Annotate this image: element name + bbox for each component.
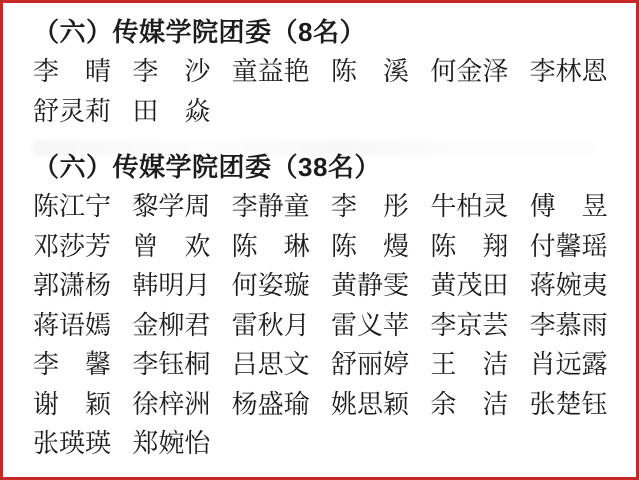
name-item: 金柳君	[132, 306, 231, 346]
section-heading-38: （六）传媒学院团委（38名）	[33, 147, 629, 187]
name-item: 黄静雯	[331, 266, 430, 306]
name-item: 付馨瑶	[530, 227, 629, 267]
name-item: 杨盛瑜	[232, 385, 331, 425]
name-item: 李林恩	[530, 52, 629, 92]
name-item: 蒋婉夷	[530, 266, 629, 306]
name-item: 舒丽婷	[331, 345, 430, 385]
name-item: 邓莎芳	[33, 227, 132, 267]
name-item: 李 沙	[132, 52, 231, 92]
name-item: 郭潇杨	[33, 266, 132, 306]
name-item: 余 洁	[430, 385, 529, 425]
name-item: 何金泽	[430, 52, 529, 92]
name-item: 肖远露	[530, 345, 629, 385]
name-item: 傅 昱	[530, 187, 629, 227]
name-item: 李钰桐	[132, 345, 231, 385]
name-item: 韩明月	[132, 266, 231, 306]
name-item: 张瑛瑛	[33, 424, 132, 464]
name-item: 舒灵莉	[33, 92, 132, 132]
name-item: 黄茂田	[430, 266, 529, 306]
name-item: 李静童	[232, 187, 331, 227]
name-item: 陈 琳	[232, 227, 331, 267]
name-item: 牛柏灵	[430, 187, 529, 227]
name-item: 张楚钰	[530, 385, 629, 425]
name-item: 李慕雨	[530, 306, 629, 346]
name-item: 雷秋月	[232, 306, 331, 346]
name-item: 谢 颖	[33, 385, 132, 425]
section-committee-38: （六）传媒学院团委（38名） 陈江宁黎学周李静童李 彤牛柏灵傅 昱邓莎芳曾 欢陈…	[33, 147, 629, 464]
name-item: 何姿璇	[232, 266, 331, 306]
name-item: 徐梓洲	[132, 385, 231, 425]
document-page: （六）传媒学院团委（8名） 李 晴李 沙童益艳陈 溪何金泽李林恩舒灵莉田 焱 （…	[0, 0, 639, 480]
name-item: 李 彤	[331, 187, 430, 227]
name-item: 王 洁	[430, 345, 529, 385]
name-item: 黎学周	[132, 187, 231, 227]
name-item: 李京芸	[430, 306, 529, 346]
name-item: 雷义苹	[331, 306, 430, 346]
names-grid-8: 李 晴李 沙童益艳陈 溪何金泽李林恩舒灵莉田 焱	[33, 52, 629, 131]
name-item: 蒋语嫣	[33, 306, 132, 346]
name-item: 吕思文	[232, 345, 331, 385]
section-committee-8: （六）传媒学院团委（8名） 李 晴李 沙童益艳陈 溪何金泽李林恩舒灵莉田 焱	[33, 12, 629, 131]
name-item: 田 焱	[132, 92, 231, 132]
name-item: 姚思颖	[331, 385, 430, 425]
names-grid-38: 陈江宁黎学周李静童李 彤牛柏灵傅 昱邓莎芳曾 欢陈 琳陈 熳陈 翔付馨瑶郭潇杨韩…	[33, 187, 629, 464]
name-item: 陈 熳	[331, 227, 430, 267]
name-item: 李 晴	[33, 52, 132, 92]
name-item: 陈 翔	[430, 227, 529, 267]
name-item: 曾 欢	[132, 227, 231, 267]
section-heading-8: （六）传媒学院团委（8名）	[33, 12, 629, 52]
name-item: 陈江宁	[33, 187, 132, 227]
name-item: 郑婉怡	[132, 424, 231, 464]
name-item: 陈 溪	[331, 52, 430, 92]
name-item: 童益艳	[232, 52, 331, 92]
name-item: 李 馨	[33, 345, 132, 385]
